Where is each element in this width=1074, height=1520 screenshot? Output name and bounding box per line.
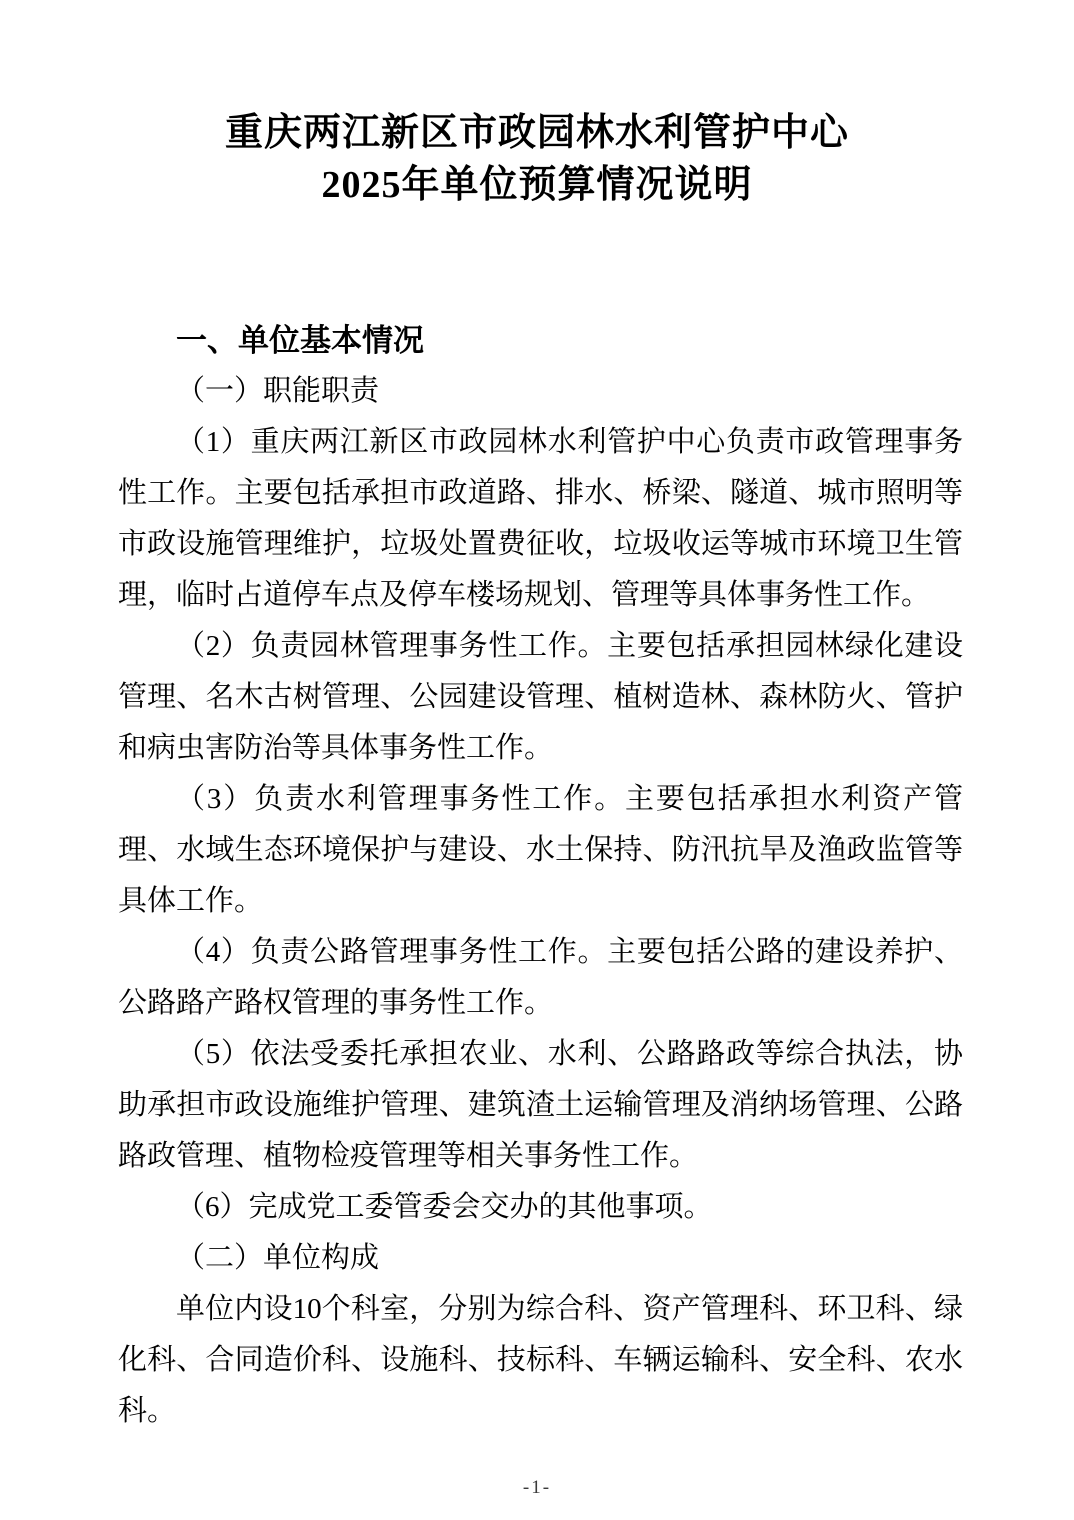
text-line: （2）负责园林管理事务性工作。主要包括承担园林绿化建设 (118, 621, 963, 672)
text-line: 具体工作。 (118, 876, 963, 927)
text-line: 助承担市政设施维护管理、建筑渣土运输管理及消纳场管理、公路 (118, 1080, 963, 1131)
text-line: 理，临时占道停车点及停车楼场规划、管理等具体事务性工作。 (118, 570, 963, 621)
text-line: 性工作。主要包括承担市政道路、排水、桥梁、隧道、城市照明等 (118, 468, 963, 519)
text-line: 管理、名木古树管理、公园建设管理、植树造林、森林防火、管护 (118, 672, 963, 723)
text-line: 单位内设10个科室，分别为综合科、资产管理科、环卫科、绿 (118, 1284, 963, 1335)
document-title: 重庆两江新区市政园林水利管护中心 2025年单位预算情况说明 (0, 107, 1074, 211)
text-line: （3）负责水利管理事务性工作。主要包括承担水利资产管 (118, 774, 963, 825)
text-line: 化科、合同造价科、设施科、技标科、车辆运输科、安全科、农水 (118, 1335, 963, 1386)
text-line: （4）负责公路管理事务性工作。主要包括公路的建设养护、 (118, 927, 963, 978)
sub-heading: （二）单位构成 (118, 1233, 963, 1284)
document-body: 一、单位基本情况（一）职能职责（1）重庆两江新区市政园林水利管护中心负责市政管理… (118, 315, 963, 1437)
section-heading: 一、单位基本情况 (118, 315, 963, 366)
text-line: 路政管理、植物检疫管理等相关事务性工作。 (118, 1131, 963, 1182)
sub-heading: （一）职能职责 (118, 366, 963, 417)
title-line-1: 重庆两江新区市政园林水利管护中心 (0, 107, 1074, 159)
title-line-2: 2025年单位预算情况说明 (0, 159, 1074, 211)
text-line: （1）重庆两江新区市政园林水利管护中心负责市政管理事务 (118, 417, 963, 468)
text-line: （5）依法受委托承担农业、水利、公路路政等综合执法，协 (118, 1029, 963, 1080)
text-line: 理、水域生态环境保护与建设、水土保持、防汛抗旱及渔政监管等 (118, 825, 963, 876)
text-line: （6）完成党工委管委会交办的其他事项。 (118, 1182, 963, 1233)
text-line: 和病虫害防治等具体事务性工作。 (118, 723, 963, 774)
document-page: 重庆两江新区市政园林水利管护中心 2025年单位预算情况说明 一、单位基本情况（… (0, 0, 1074, 1520)
page-number: -1- (0, 1477, 1074, 1499)
text-line: 市政设施管理维护，垃圾处置费征收，垃圾收运等城市环境卫生管 (118, 519, 963, 570)
text-line: 公路路产路权管理的事务性工作。 (118, 978, 963, 1029)
text-line: 科。 (118, 1386, 963, 1437)
